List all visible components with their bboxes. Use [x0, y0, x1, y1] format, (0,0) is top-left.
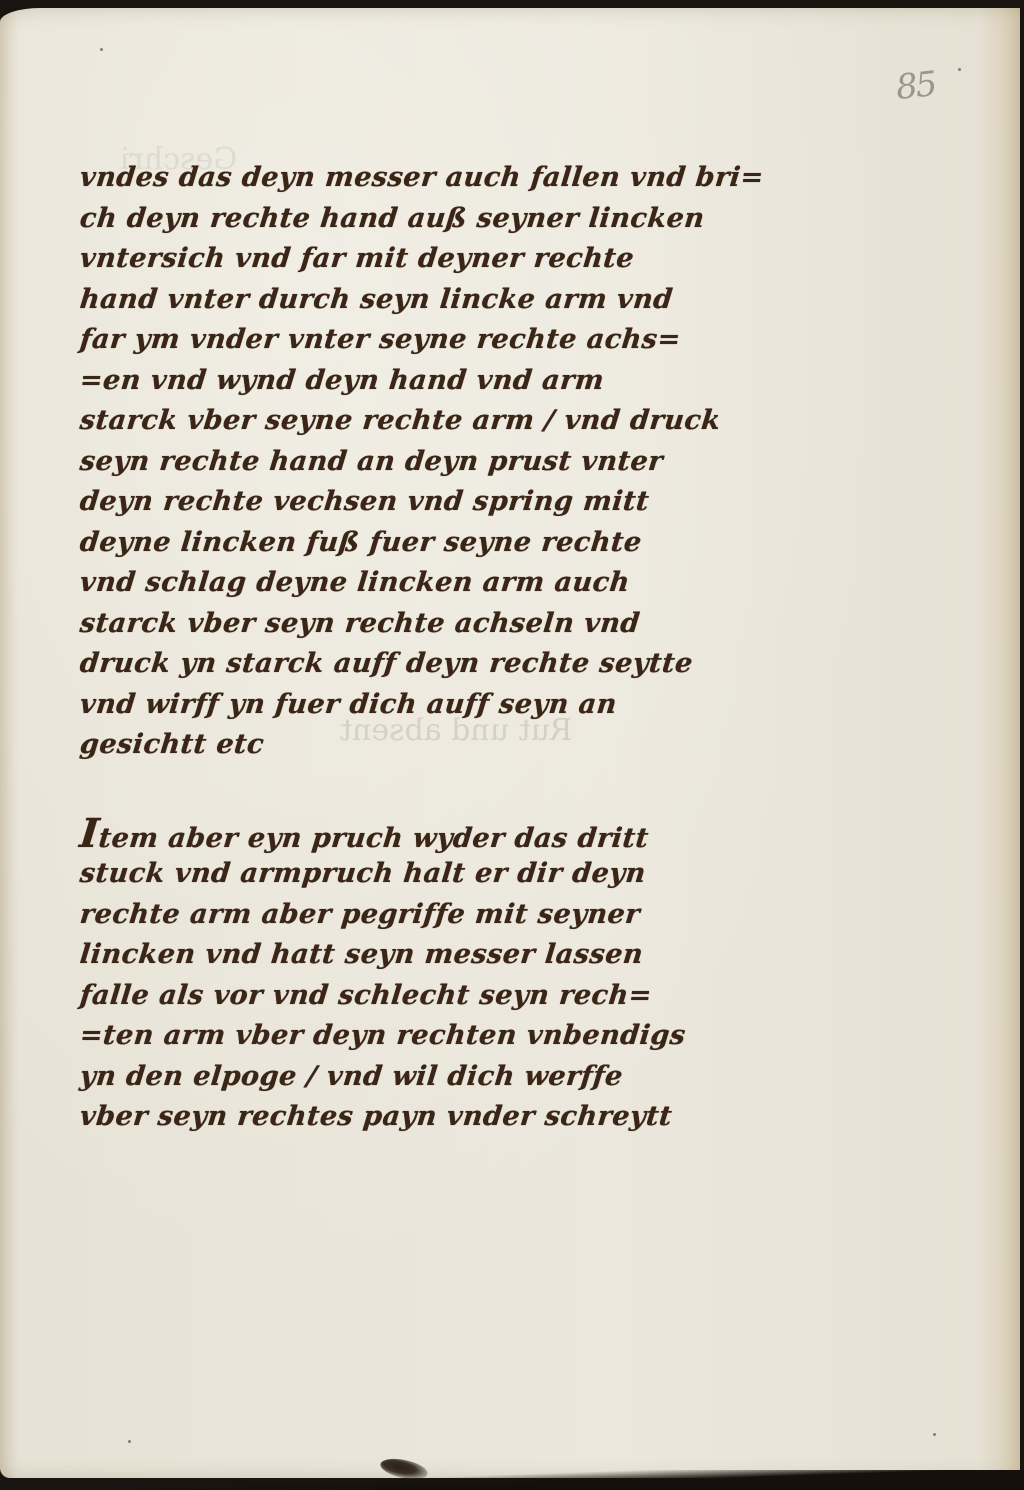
page-bottom-edge	[0, 1470, 1024, 1490]
text-line-with-initial: Item aber eyn pruch wyder das dritt	[78, 814, 802, 855]
text-line: rechte arm aber pegriffe mit seyner	[78, 895, 802, 936]
text-line: ch deyn rechte hand auß seyner lincken	[78, 199, 802, 240]
paper-speck	[100, 48, 103, 51]
text-line: far ym vnder vnter seyne rechte achs=	[78, 320, 802, 361]
manuscript-page: 85 Geschri Rut und absent vndes das deyn…	[0, 8, 1020, 1478]
text-line: vnd wirff yn fuer dich auff seyn an	[78, 685, 802, 726]
text-line: druck yn starck auff deyn rechte seytte	[78, 644, 802, 685]
manuscript-text: vndes das deyn messer auch fallen vnd br…	[80, 158, 800, 1138]
text-line: stuck vnd armpruch halt er dir deyn	[78, 854, 802, 895]
text-line: hand vnter durch seyn lincke arm vnd	[78, 280, 802, 321]
text-line: falle als vor vnd schlecht seyn rech=	[78, 976, 802, 1017]
folio-number: 85	[894, 64, 937, 108]
paragraph-2: Item aber eyn pruch wyder das dritt stuc…	[80, 814, 800, 1138]
text-line: vnd schlag deyne lincken arm auch	[78, 563, 802, 604]
paper-speck	[933, 1433, 936, 1436]
text-line: gesichtt etc	[78, 725, 802, 766]
text-line: =en vnd wynd deyn hand vnd arm	[78, 361, 802, 402]
text-line: starck vber seyne rechte arm / vnd druck	[78, 401, 802, 442]
text-line: deyn rechte vechsen vnd spring mitt	[78, 482, 802, 523]
text-line-rest: tem aber eyn pruch wyder das dritt	[97, 823, 650, 854]
text-line: lincken vnd hatt seyn messer lassen	[78, 935, 802, 976]
paper-speck	[958, 68, 961, 71]
paragraph-1: vndes das deyn messer auch fallen vnd br…	[80, 158, 800, 766]
text-line: deyne lincken fuß fuer seyne rechte	[78, 523, 802, 564]
text-line: vntersich vnd far mit deyner rechte	[78, 239, 802, 280]
text-line: yn den elpoge / vnd wil dich werffe	[78, 1057, 802, 1098]
text-line: vndes das deyn messer auch fallen vnd br…	[78, 158, 802, 199]
text-line: vber seyn rechtes payn vnder schreytt	[78, 1097, 802, 1138]
paper-speck	[128, 1440, 131, 1443]
text-line: seyn rechte hand an deyn prust vnter	[78, 442, 802, 483]
text-line: =ten arm vber deyn rechten vnbendigs	[78, 1016, 802, 1057]
text-line: starck vber seyn rechte achseln vnd	[78, 604, 802, 645]
